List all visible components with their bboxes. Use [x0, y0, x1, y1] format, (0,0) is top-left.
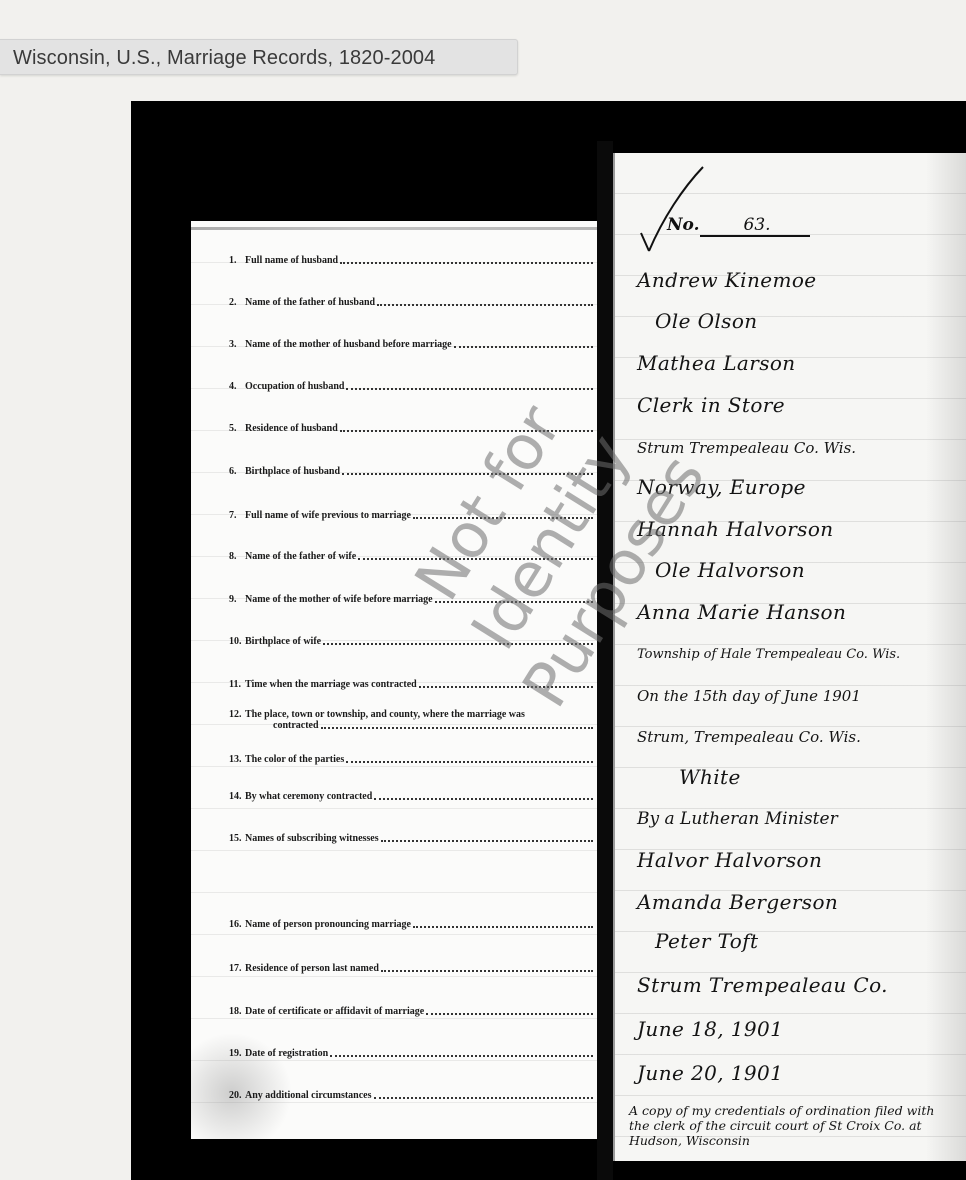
field-label: By what ceremony contracted [245, 791, 372, 802]
dotted-leader [381, 969, 593, 972]
answer-husband-name: Andrew Kinemoe [637, 268, 817, 292]
form-field-14: 14. By what ceremony contracted [229, 791, 593, 802]
field-label-continued: contracted [273, 720, 319, 731]
dotted-leader [340, 261, 593, 264]
dotted-leader [374, 797, 593, 800]
form-field-11: 11. Time when the marriage was contracte… [229, 679, 593, 690]
dotted-leader [340, 429, 593, 432]
answer-marriage-time: On the 15th day of June 1901 [637, 687, 861, 705]
dotted-leader [435, 600, 593, 603]
collection-title-badge: Wisconsin, U.S., Marriage Records, 1820-… [0, 39, 518, 75]
field-label: Birthplace of wife [245, 636, 321, 647]
form-field-3: 3. Name of the mother of husband before … [229, 339, 593, 350]
form-field-4: 4. Occupation of husband [229, 381, 593, 392]
dotted-leader [342, 472, 593, 475]
form-field-8: 8. Name of the father of wife [229, 551, 593, 562]
answer-husband-mother: Mathea Larson [637, 351, 796, 375]
answer-wife-father: Ole Halvorson [655, 558, 805, 582]
form-field-7: 7. Full name of wife previous to marriag… [229, 510, 593, 521]
field-label: Names of subscribing witnesses [245, 833, 379, 844]
record-number: No.63. [667, 215, 810, 237]
answer-registration-date: June 20, 1901 [637, 1061, 783, 1085]
form-field-9: 9. Name of the mother of wife before mar… [229, 594, 593, 605]
dotted-leader [413, 925, 593, 928]
field-label: Name of the mother of wife before marria… [245, 594, 433, 605]
form-field-2: 2. Name of the father of husband [229, 297, 593, 308]
field-label: Name of person pronouncing marriage [245, 919, 411, 930]
answer-marriage-place: Strum, Trempealeau Co. Wis. [637, 728, 861, 746]
field-label: Full name of wife previous to marriage [245, 510, 411, 521]
form-top-rule [191, 227, 597, 230]
dotted-leader [413, 516, 593, 519]
answer-officiant: Peter Toft [655, 929, 758, 953]
dotted-leader [321, 726, 593, 729]
dotted-leader [346, 760, 593, 763]
answer-husband-occupation: Clerk in Store [637, 393, 785, 417]
dotted-leader [426, 1012, 593, 1015]
form-field-16: 16. Name of person pronouncing marriage [229, 919, 593, 930]
field-label: Birthplace of husband [245, 466, 340, 477]
dotted-leader [381, 839, 593, 842]
dotted-leader [358, 557, 593, 560]
form-field-1: 1. Full name of husband [229, 255, 593, 266]
form-field-15: 15. Names of subscribing witnesses [229, 833, 593, 844]
dotted-leader [323, 642, 593, 645]
answer-husband-father: Ole Olson [655, 309, 758, 333]
field-label: Name of the mother of husband before mar… [245, 339, 452, 350]
field-label: Occupation of husband [245, 381, 344, 392]
answer-husband-residence: Strum Trempealeau Co. Wis. [637, 439, 856, 457]
dotted-leader [377, 303, 593, 306]
field-label: Residence of person last named [245, 963, 379, 974]
form-field-19: 19. Date of registration [229, 1048, 593, 1059]
form-field-20: 20. Any additional circumstances [229, 1090, 593, 1101]
check-mark-icon [633, 163, 705, 255]
answer-witness-1: Halvor Halvorson [637, 848, 822, 872]
answer-wife-mother: Anna Marie Hanson [637, 600, 846, 624]
field-label: Date of registration [245, 1048, 328, 1059]
form-field-13: 13. The color of the parties [229, 754, 593, 765]
answer-color: White [679, 765, 741, 789]
dotted-leader [346, 387, 593, 390]
answer-wife-birthplace: Township of Hale Trempealeau Co. Wis. [637, 647, 900, 662]
dotted-leader [419, 685, 593, 688]
answer-certificate-date: June 18, 1901 [637, 1017, 783, 1041]
record-image: 1. Full name of husband 2. Name of the f… [131, 101, 966, 1180]
printed-form-page: 1. Full name of husband 2. Name of the f… [191, 221, 597, 1139]
answer-witness-2: Amanda Bergerson [637, 890, 838, 914]
field-label: Name of the father of wife [245, 551, 356, 562]
dotted-leader [330, 1054, 593, 1057]
form-field-18: 18. Date of certificate or affidavit of … [229, 1006, 593, 1017]
form-field-6: 6. Birthplace of husband [229, 466, 593, 477]
dotted-leader [374, 1096, 594, 1099]
field-label: Residence of husband [245, 423, 338, 434]
handwritten-answer-page: No.63. Andrew Kinemoe Ole Olson Mathea L… [613, 153, 966, 1161]
field-label: Name of the father of husband [245, 297, 375, 308]
field-label: Date of certificate or affidavit of marr… [245, 1006, 424, 1017]
dotted-leader [454, 345, 593, 348]
form-field-17: 17. Residence of person last named [229, 963, 593, 974]
answer-husband-birthplace: Norway, Europe [637, 475, 806, 499]
answer-additional-circumstances: A copy of my credentials of ordination f… [629, 1103, 949, 1148]
form-field-5: 5. Residence of husband [229, 423, 593, 434]
field-label: Time when the marriage was contracted [245, 679, 417, 690]
field-label: The place, town or township, and county,… [245, 709, 525, 720]
answer-officiant-residence: Strum Trempealeau Co. [637, 973, 888, 997]
answer-wife-name: Hannah Halvorson [637, 517, 834, 541]
field-label: Full name of husband [245, 255, 338, 266]
answer-ceremony: By a Lutheran Minister [637, 809, 838, 829]
form-field-10: 10. Birthplace of wife [229, 636, 593, 647]
field-label: Any additional circumstances [245, 1090, 372, 1101]
field-label: The color of the parties [245, 754, 344, 765]
page-gutter [597, 141, 613, 1180]
form-field-12: 12. The place, town or township, and cou… [229, 709, 593, 731]
